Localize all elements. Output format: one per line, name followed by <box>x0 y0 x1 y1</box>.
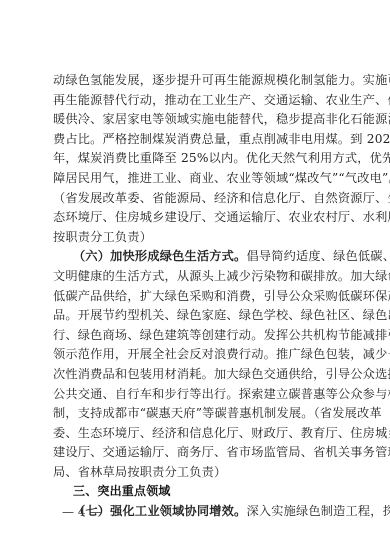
section-6-first-line: （六）加快形成绿色生活方式。倡导简约适度、绿色低碳、 <box>53 247 343 267</box>
document-page: 动绿色氢能发展，逐步提升可再生能源规模化制氢能力。实施可 再生能源替代行动，推动… <box>0 0 390 551</box>
paragraph-line: 领示范作用，开展全社会反对浪费行动。推广绿色包装，减少一 <box>53 345 343 365</box>
paragraph-line: 文明健康的生活方式，从源头上减少污染物和碳排放。加大绿色 <box>53 267 343 287</box>
document-body: 动绿色氢能发展，逐步提升可再生能源规模化制氢能力。实施可 再生能源替代行动，推动… <box>53 71 343 522</box>
page-number: — 4 — <box>62 505 101 519</box>
paragraph-line: 动绿色氢能发展，逐步提升可再生能源规模化制氢能力。实施可 <box>53 71 343 91</box>
paragraph-line: （省发展改革委、省能源局、经济和信息化厅、自然资源厅、生 <box>53 189 343 209</box>
paragraph-line: 按职责分工负责） <box>53 228 343 248</box>
paragraph-line: 态环境厅、住房城乡建设厅、交通运输厅、农业农村厅、水利厅 <box>53 208 343 228</box>
section-6-title: （六）加快形成绿色生活方式。 <box>73 249 246 263</box>
paragraph-line: 费占比。严格控制煤炭消费总量，重点削减非电用煤。到 2025 <box>53 130 343 150</box>
paragraph-line: 障居民用气，推进工业、商业、农业等领域“煤改气”“气改电”。 <box>53 169 343 189</box>
section-heading-3: 三、突出重点领域 <box>53 482 343 502</box>
paragraph-line: 局、省林草局按职责分工负责） <box>53 463 343 483</box>
paragraph-line: 年，煤炭消费比重降至 25%以内。优化天然气利用方式，优先保 <box>53 149 343 169</box>
section-6-text: 倡导简约适度、绿色低碳、 <box>246 249 390 263</box>
paragraph-line: 行、绿色商场、绿色建筑等创建行动。发挥公共机构节能减排引 <box>53 326 343 346</box>
section-7-text: 深入实施绿色制造工程，探 <box>246 504 390 518</box>
paragraph-line: 委、生态环境厅、经济和信息化厅、财政厅、教育厅、住房城乡 <box>53 424 343 444</box>
paragraph-line: 建设厅、交通运输厅、商务厅、省市场监管局、省机关事务管理 <box>53 443 343 463</box>
paragraph-line: 暖供冷、家居家电等领域实施电能替代，稳步提高非化石能源消 <box>53 110 343 130</box>
paragraph-line: 品。开展节约型机关、绿色家庭、绿色学校、绿色社区、绿色出 <box>53 306 343 326</box>
paragraph-line: 低碳产品供给，扩大绿色采购和消费，引导公众采购低碳环保产 <box>53 287 343 307</box>
paragraph-line: 再生能源替代行动，推动在工业生产、交通运输、农业生产、供 <box>53 91 343 111</box>
paragraph-line: 公共交通、自行车和步行等出行。探索建立碳普惠等公众参与机 <box>53 385 343 405</box>
paragraph-line: 次性消费品和包装用材消耗。加大绿色交通供给，引导公众选择 <box>53 365 343 385</box>
paragraph-line: 制，支持成都市“碳惠天府”等碳普惠机制发展。（省发展改革 <box>53 404 343 424</box>
